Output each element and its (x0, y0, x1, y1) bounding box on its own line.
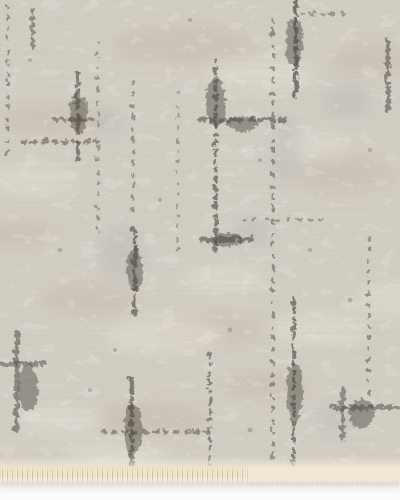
rug-shadow (0, 482, 400, 494)
rug-product-photo (0, 0, 400, 500)
rug-surface (0, 0, 400, 470)
rug-texture-graphic (0, 0, 400, 470)
